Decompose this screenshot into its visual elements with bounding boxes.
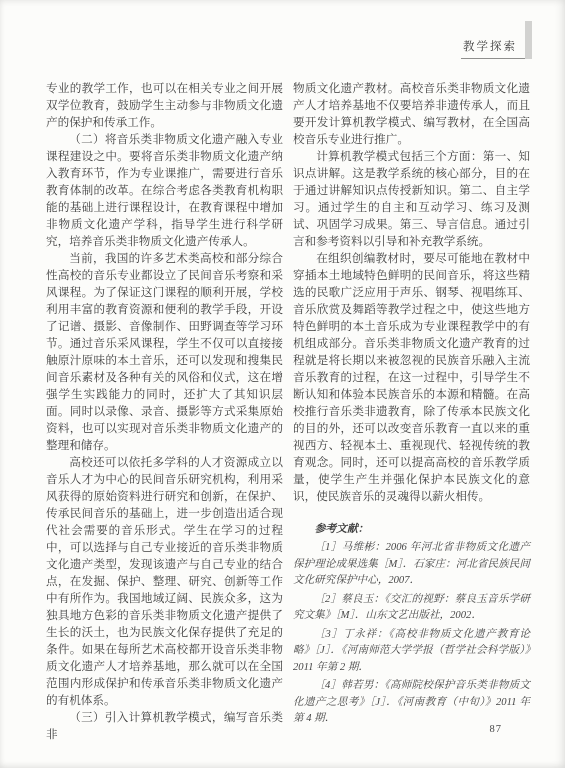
paragraph: 物质文化遗产教材。高校音乐类非物质文化遗产人才培养基地不仅要培养非遗传承人，而且… <box>293 80 530 148</box>
reference-item: ［3］丁永祥：《高校非物质文化遗产教育论略》［J］．《河南师范大学学报（哲学社会… <box>293 627 530 677</box>
paragraph: （二）将音乐类非物质文化遗产融入专业课程建设之中。要将音乐类非物质文化遗产纳入教… <box>46 131 283 250</box>
reference-item: ［2］蔡良玉：《交汇的视野：蔡良玉音乐学研究文集》［M］．山东文艺出版社，200… <box>293 592 530 625</box>
page-number: 87 <box>490 724 503 735</box>
text-body: 专业的教学工作，也可以在相关专业之间开展双学位教育，鼓励学生主动参与非物质文化遗… <box>46 80 530 743</box>
paragraph: 高校还可以依托多学科的人才资源成立以音乐人才为中心的民间音乐研究机构，利用采风获… <box>46 454 283 709</box>
scanned-document-page: 教学探索 专业的教学工作，也可以在相关专业之间开展双学位教育，鼓励学生主动参与非… <box>0 0 565 768</box>
paragraph: 当前，我国的许多艺术类高校和部分综合性高校的音乐专业都设立了民间音乐考察和采风课… <box>46 250 283 454</box>
reference-item: ［4］韩若男：《高师院校保护音乐类非物质文化遗产之思考》［J］．《河南教育（中旬… <box>293 678 530 728</box>
reference-item: ［1］马维彬：2006 年河北省非物质文化遗产保护理论成果选集［M］．石家庄：河… <box>293 540 530 590</box>
section-label: 教学探索 <box>461 38 525 59</box>
paragraph: 计算机教学模式包括三个方面：第一、知识点讲解。这是教学系统的核心部分，目的在于通… <box>293 148 530 250</box>
references-heading: 参考文献： <box>293 521 530 538</box>
section-badge-bar <box>525 21 532 59</box>
paragraph: （三）引入计算机教学模式，编写音乐类非 <box>46 709 283 743</box>
paragraph: 专业的教学工作，也可以在相关专业之间开展双学位教育，鼓励学生主动参与非物质文化遗… <box>46 80 283 131</box>
right-column: 物质文化遗产教材。高校音乐类非物质文化遗产人才培养基地不仅要培养非遗传承人，而且… <box>293 80 530 743</box>
paragraph: 在组织创编教材时，要尽可能地在教材中穿插本土地域特色鲜明的民间音乐，将这些精选的… <box>293 250 530 505</box>
left-column: 专业的教学工作，也可以在相关专业之间开展双学位教育，鼓励学生主动参与非物质文化遗… <box>46 80 283 743</box>
